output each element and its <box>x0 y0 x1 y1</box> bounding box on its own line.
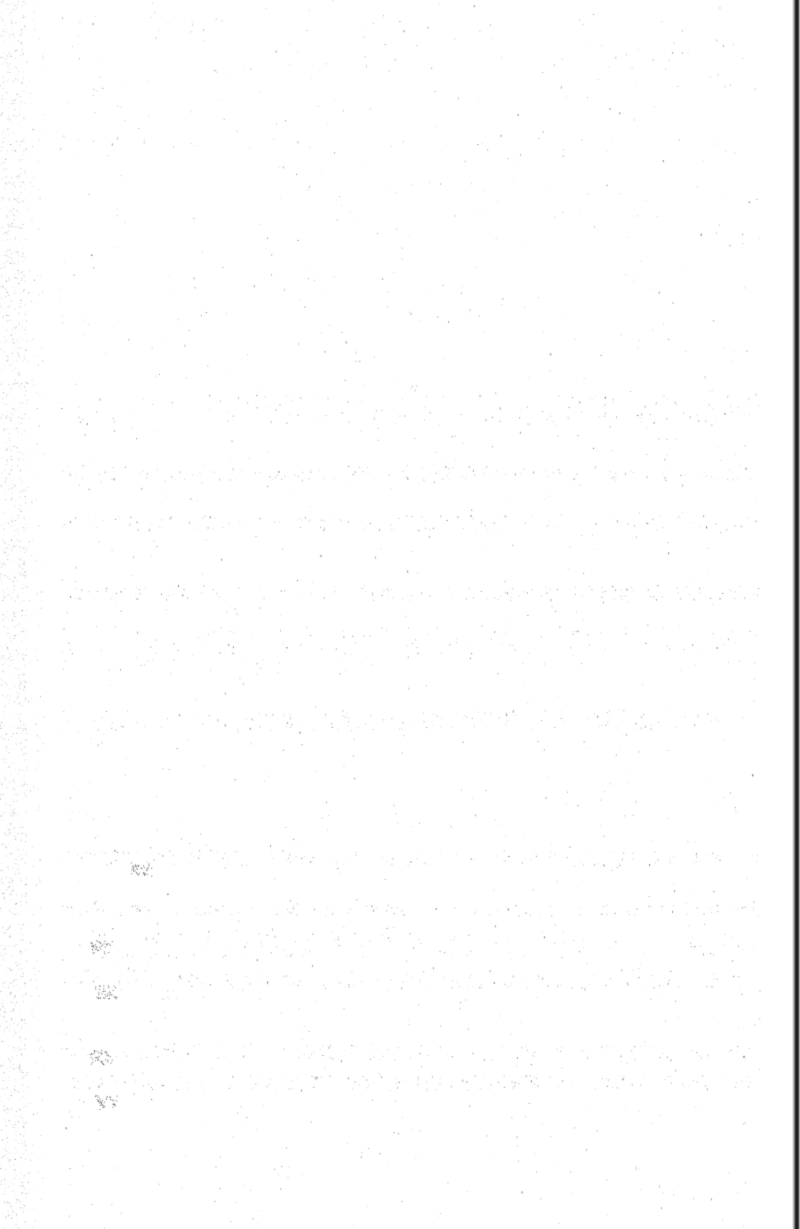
scanned-page <box>0 0 800 1229</box>
binding-edge-shadow <box>790 0 800 1229</box>
speckle-noise <box>0 0 800 1229</box>
